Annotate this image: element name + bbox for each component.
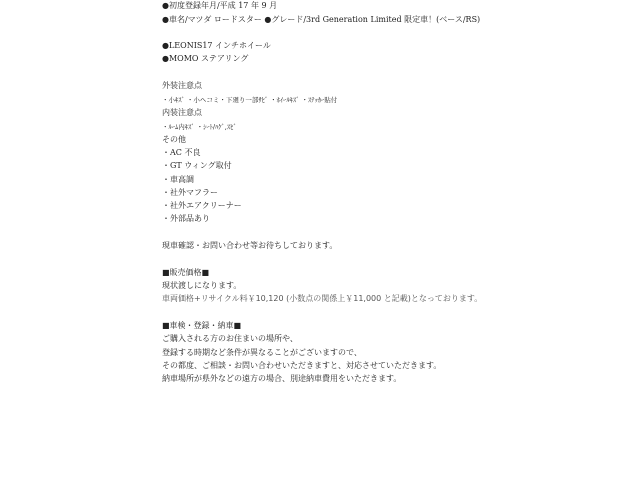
interior-items: ・ﾙｰﾑ内ｷｽﾞ ・ｼｰﾄ/ﾊｹﾞ,ｽﾋﾞ (162, 122, 237, 132)
other-heading: その他 (162, 135, 186, 145)
delivery-line: 納車場所が県外などの遠方の場合、別途納車費用をいただきます。 (162, 374, 401, 384)
car-name-grade: ●車名/マツダ ロードスター ●グレード/3rd Generation Limi… (162, 15, 480, 25)
price-line-1: 現状渡しになります。 (162, 281, 241, 291)
delivery-line: その都度、ご相談・お問い合わせいただきますと、対応させていただきます。 (162, 361, 441, 371)
first-registration: ●初度登録年月/平成 17 年 9 月 (162, 1, 277, 11)
other-item: ・社外マフラー (162, 188, 218, 198)
contact-note: 現車確認・お問い合わせ等お待ちしております。 (162, 241, 337, 251)
other-item: ・GT ウィング取付 (162, 161, 232, 171)
other-item: ・車高調 (162, 175, 194, 185)
exterior-heading: 外装注意点 (162, 81, 202, 91)
exterior-items: ・小ｷｽﾞ ・小ヘコミ・下廻り一部ｻﾋﾞ ・ﾎｲｰﾙｷｽﾞ ・ｽﾃｯｶｰ貼付 (162, 95, 337, 105)
steering-spec: ●MOMO ステアリング (162, 54, 248, 64)
wheels-spec: ●LEONIS17 インチホイール (162, 41, 271, 51)
other-item: ・社外エアクリーナー (162, 201, 242, 211)
price-line-2: 車両価格+リサイクル料￥10,120 (小数点の関係上￥11,000 と記載)と… (162, 294, 482, 304)
price-heading: ■販売価格■ (162, 268, 209, 278)
delivery-heading: ■車検・登録・納車■ (162, 321, 241, 331)
delivery-line: 登録する時期など条件が異なることがございますので、 (162, 348, 362, 358)
delivery-line: ご購入される方のお住まいの場所や、 (162, 334, 298, 344)
other-item: ・AC 不良 (162, 148, 200, 158)
other-item: ・外部品あり (162, 214, 210, 224)
interior-heading: 内装注意点 (162, 108, 202, 118)
